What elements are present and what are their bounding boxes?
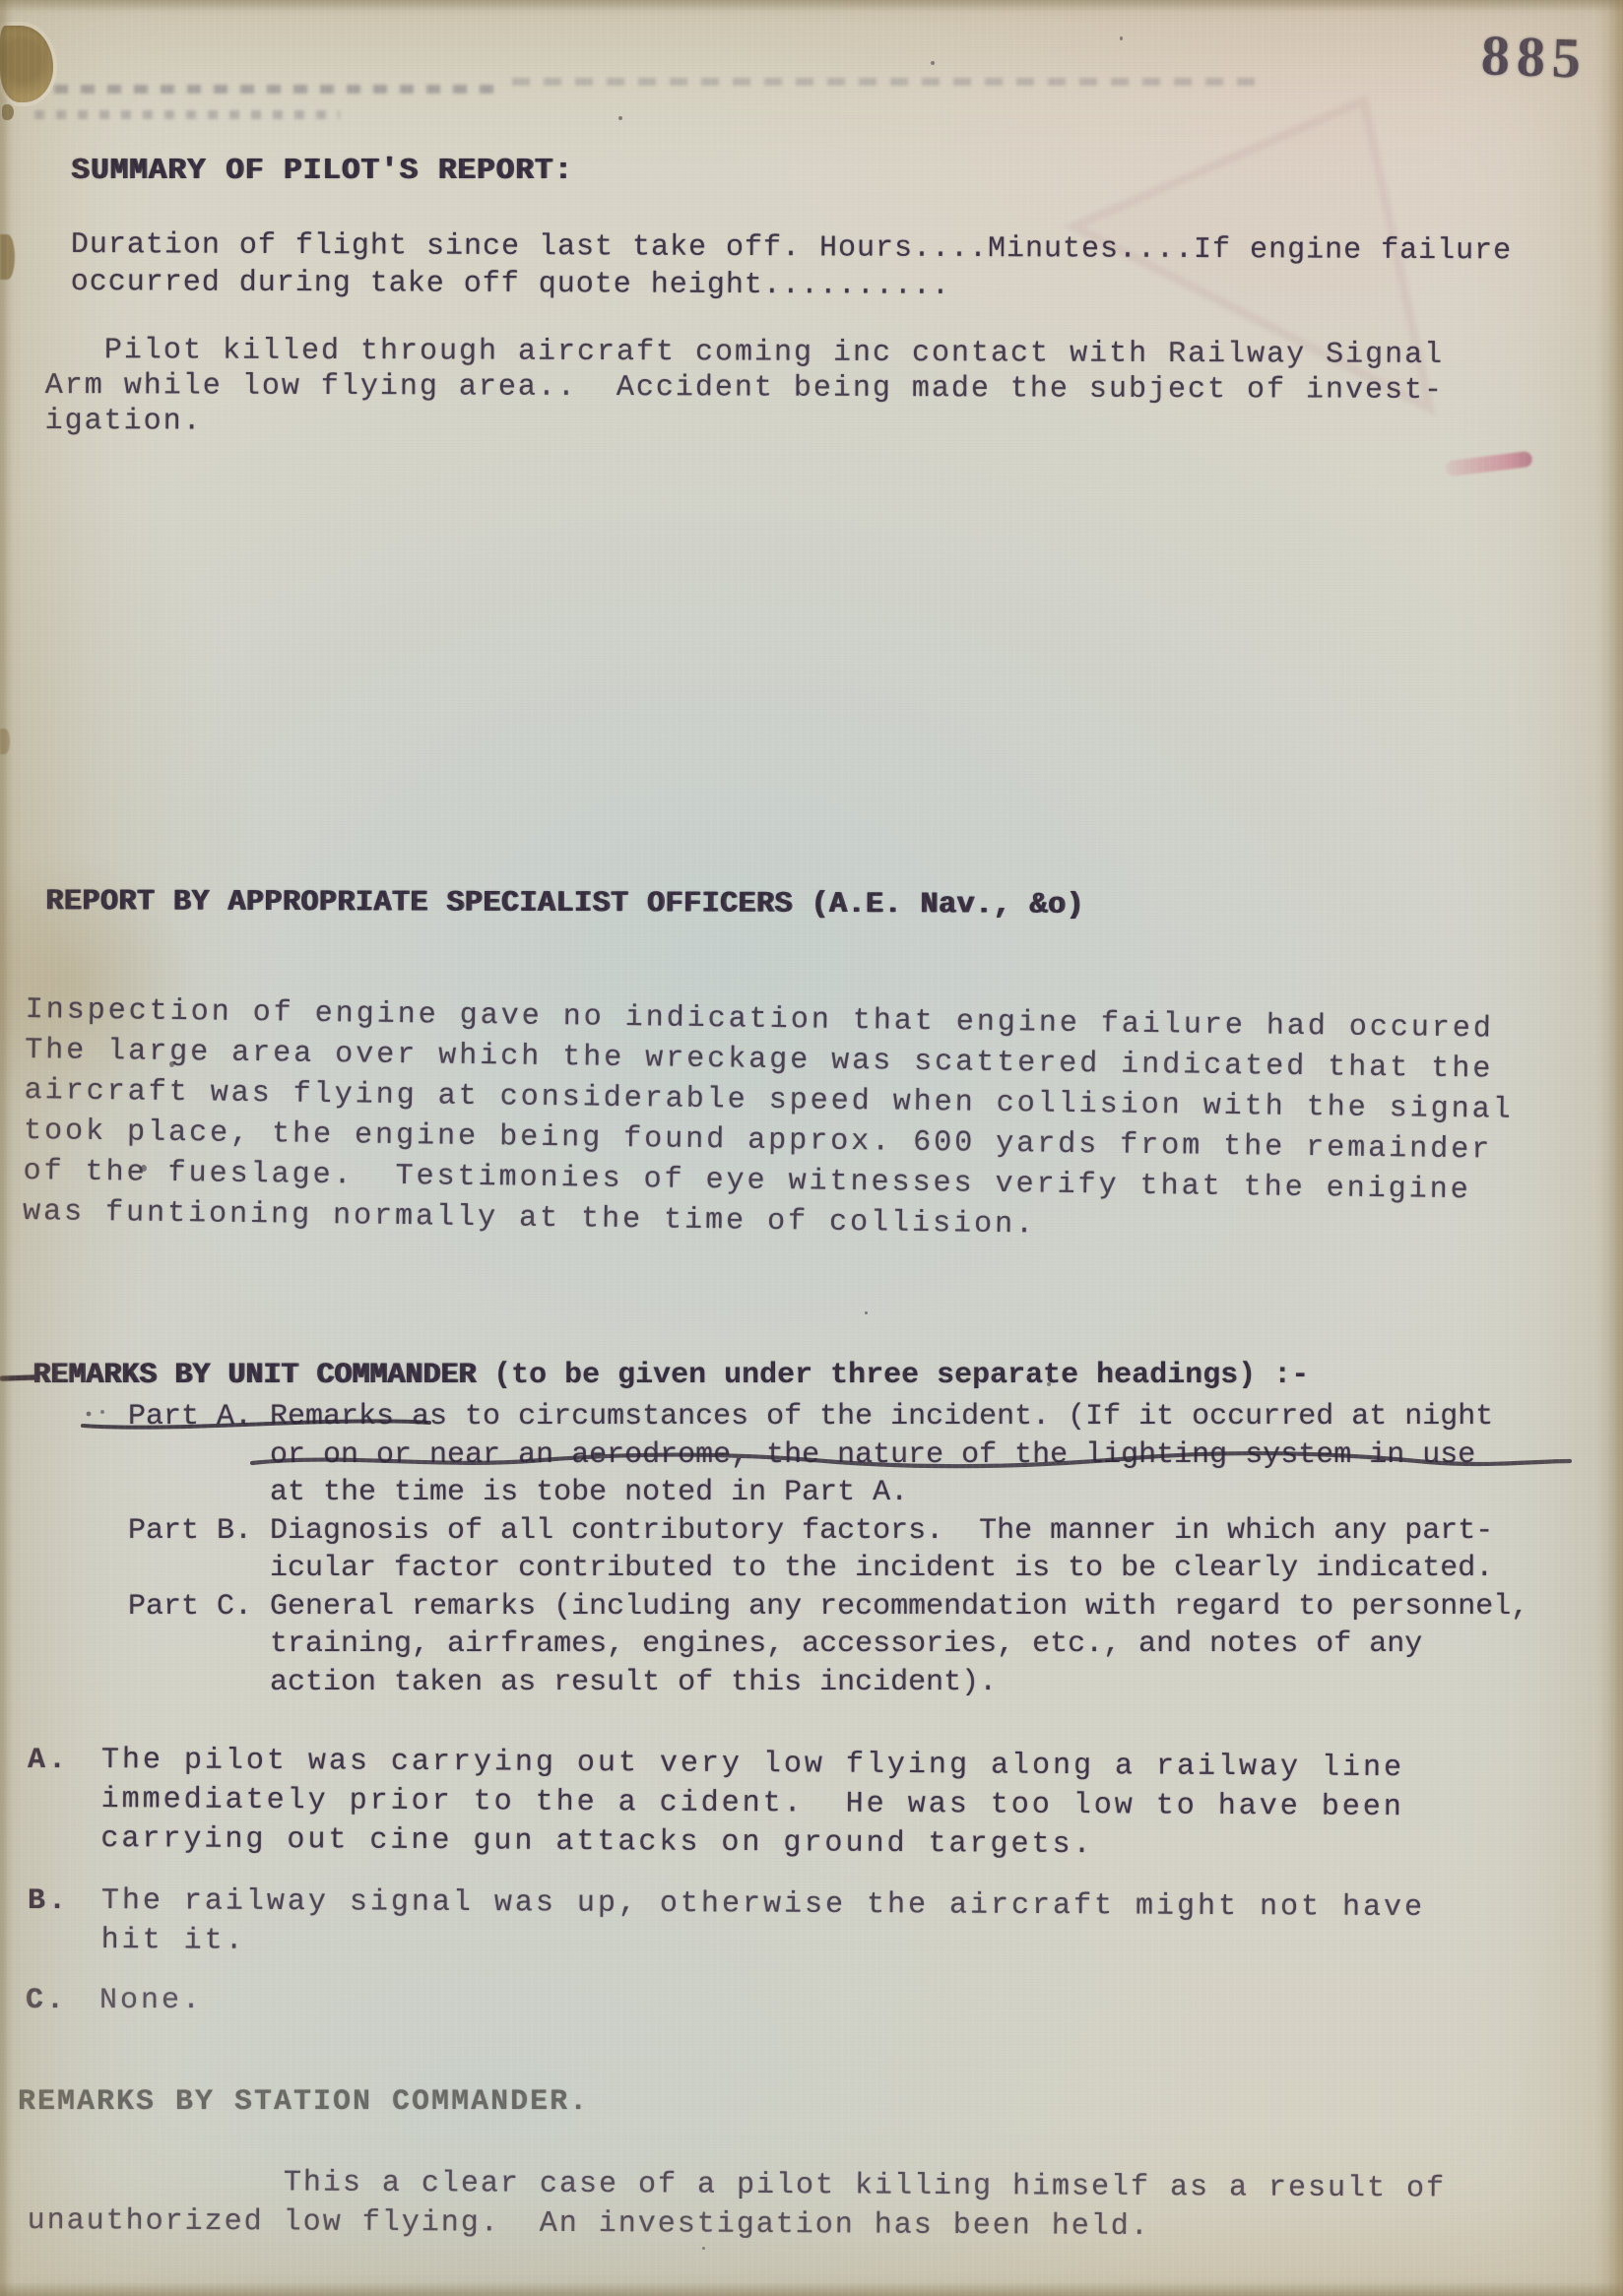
paper-speck <box>865 1311 868 1314</box>
paper-hole <box>0 26 53 102</box>
summary-heading: SUMMARY OF PILOT'S REPORT: <box>71 154 573 188</box>
engine-inspection-paragraph: Inspection of engine gave no indication … <box>23 990 1515 1252</box>
unit-commander-heading: REMARKS BY UNIT COMMANDER (to be given u… <box>32 1359 1309 1392</box>
item-a-label: A. <box>28 1741 69 1781</box>
paper-speck <box>1120 36 1123 40</box>
item-b-label: B. <box>28 1881 69 1922</box>
paper-speck <box>931 61 935 65</box>
bleedthrough-text-mark <box>34 110 340 119</box>
item-c-label: C. <box>26 1981 67 2021</box>
station-commander-heading: REMARKS BY STATION COMMANDER. <box>18 2085 589 2119</box>
unit-commander-heading-main: REMARKS BY UNIT COMMANDER <box>32 1359 476 1392</box>
paper-speck <box>702 2247 705 2250</box>
unit-commander-heading-note: (to be given under three separate headin… <box>476 1359 1309 1392</box>
unit-commander-parts-list: Part A. Remarks as to circumstances of t… <box>128 1398 1528 1701</box>
page-edge-bottom <box>0 2282 1623 2296</box>
pilot-killed-paragraph: Pilot killed through aircraft coming inc… <box>45 333 1445 444</box>
station-commander-paragraph: This a clear case of a pilot killing him… <box>28 2162 1447 2249</box>
item-b-text: The railway signal was up, otherwise the… <box>101 1881 1426 1967</box>
document-page: 885 SUMMARY OF PILOT'S REPORT: Duration … <box>0 0 1623 2296</box>
paper-edge-notch <box>0 234 15 280</box>
page-edge-left <box>0 0 12 2296</box>
page-number-stamp: 885 <box>1480 22 1589 92</box>
paper-speck <box>618 116 622 120</box>
paper-edge-notch <box>0 729 10 754</box>
page-edge-right <box>1595 0 1623 2296</box>
page-edge-top <box>0 0 1623 12</box>
specialist-officers-heading: REPORT BY APPROPRIATE SPECIALIST OFFICER… <box>45 885 1084 923</box>
item-c-text: None. <box>99 1981 203 2021</box>
paper-hole-crack <box>2 104 14 120</box>
flight-duration-lines: Duration of flight since last take off. … <box>71 226 1513 307</box>
bleedthrough-text-mark <box>54 85 497 94</box>
pink-ink-smudge <box>1445 451 1532 478</box>
item-a-text: The pilot was carrying out very low flyi… <box>100 1741 1404 1867</box>
